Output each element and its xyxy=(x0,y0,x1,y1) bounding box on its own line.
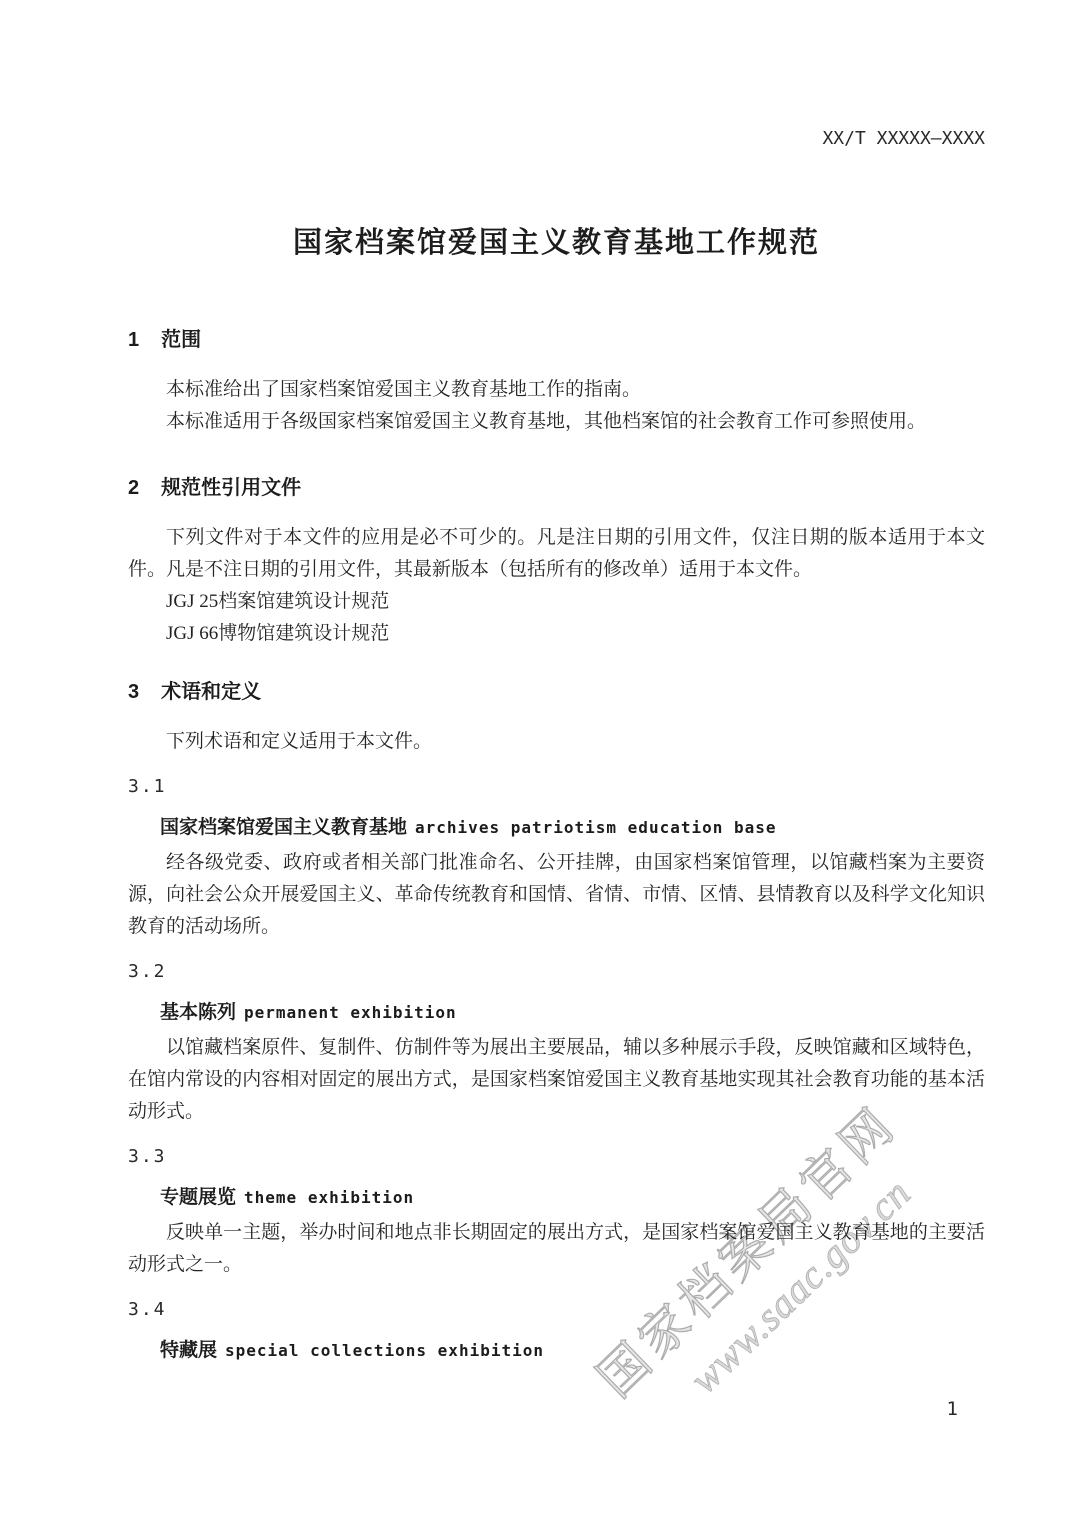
page-number: 1 xyxy=(947,1398,958,1420)
section-1-heading: 1范围 xyxy=(128,326,985,354)
term-heading: 国家档案馆爱国主义教育基地archives patriotism educati… xyxy=(128,814,985,843)
section-3-heading: 3术语和定义 xyxy=(128,678,985,706)
standard-doc-number: XX/T XXXXX—XXXX xyxy=(128,128,985,150)
term-definition: 经各级党委、政府或者相关部门批准命名、公开挂牌，由国家档案馆管理，以馆藏档案为主… xyxy=(128,847,985,943)
section-3-paragraph-1: 下列术语和定义适用于本文件。 xyxy=(128,726,985,758)
term-heading: 特藏展special collections exhibition xyxy=(128,1337,985,1366)
section-3-number: 3 xyxy=(128,678,139,706)
term-id: 3.4 xyxy=(128,1297,985,1323)
term-id: 3.1 xyxy=(128,774,985,800)
reference-item: JGJ 66博物馆建筑设计规范 xyxy=(128,618,985,650)
page-content: XX/T XXXXX—XXXX 国家档案馆爱国主义教育基地工作规范 1范围 本标… xyxy=(128,0,985,1366)
reference-item: JGJ 25档案馆建筑设计规范 xyxy=(128,586,985,618)
term-id: 3.3 xyxy=(128,1144,985,1170)
section-1-paragraph-1: 本标准给出了国家档案馆爱国主义教育基地工作的指南。 xyxy=(128,374,985,406)
section-2-number: 2 xyxy=(128,474,139,502)
section-3-title: 术语和定义 xyxy=(161,681,261,703)
term-name-zh: 基本陈列 xyxy=(160,1002,236,1023)
term-name-zh: 专题展览 xyxy=(160,1187,236,1208)
term-id: 3.2 xyxy=(128,959,985,985)
term-definition: 以馆藏档案原件、复制件、仿制件等为展出主要展品，辅以多种展示手段，反映馆藏和区域… xyxy=(128,1032,985,1128)
section-1-paragraph-2: 本标准适用于各级国家档案馆爱国主义教育基地，其他档案馆的社会教育工作可参照使用。 xyxy=(128,406,985,438)
document-title: 国家档案馆爱国主义教育基地工作规范 xyxy=(128,222,985,264)
section-1-title: 范围 xyxy=(161,329,201,351)
term-name-zh: 国家档案馆爱国主义教育基地 xyxy=(160,817,407,838)
term-name-zh: 特藏展 xyxy=(160,1340,217,1361)
term-name-en: permanent exhibition xyxy=(244,1003,457,1022)
section-2-heading: 2规范性引用文件 xyxy=(128,474,985,502)
term-heading: 专题展览theme exhibition xyxy=(128,1184,985,1213)
term-name-en: special collections exhibition xyxy=(225,1341,544,1360)
section-2-paragraph-1: 下列文件对于本文件的应用是必不可少的。凡是注日期的引用文件，仅注日期的版本适用于… xyxy=(128,522,985,586)
section-2-title: 规范性引用文件 xyxy=(161,477,301,499)
term-definition: 反映单一主题，举办时间和地点非长期固定的展出方式，是国家档案馆爱国主义教育基地的… xyxy=(128,1217,985,1281)
term-name-en: archives patriotism education base xyxy=(415,818,777,837)
term-name-en: theme exhibition xyxy=(244,1188,414,1207)
term-heading: 基本陈列permanent exhibition xyxy=(128,999,985,1028)
document-page: XX/T XXXXX—XXXX 国家档案馆爱国主义教育基地工作规范 1范围 本标… xyxy=(0,0,1080,1527)
section-1-number: 1 xyxy=(128,326,139,354)
